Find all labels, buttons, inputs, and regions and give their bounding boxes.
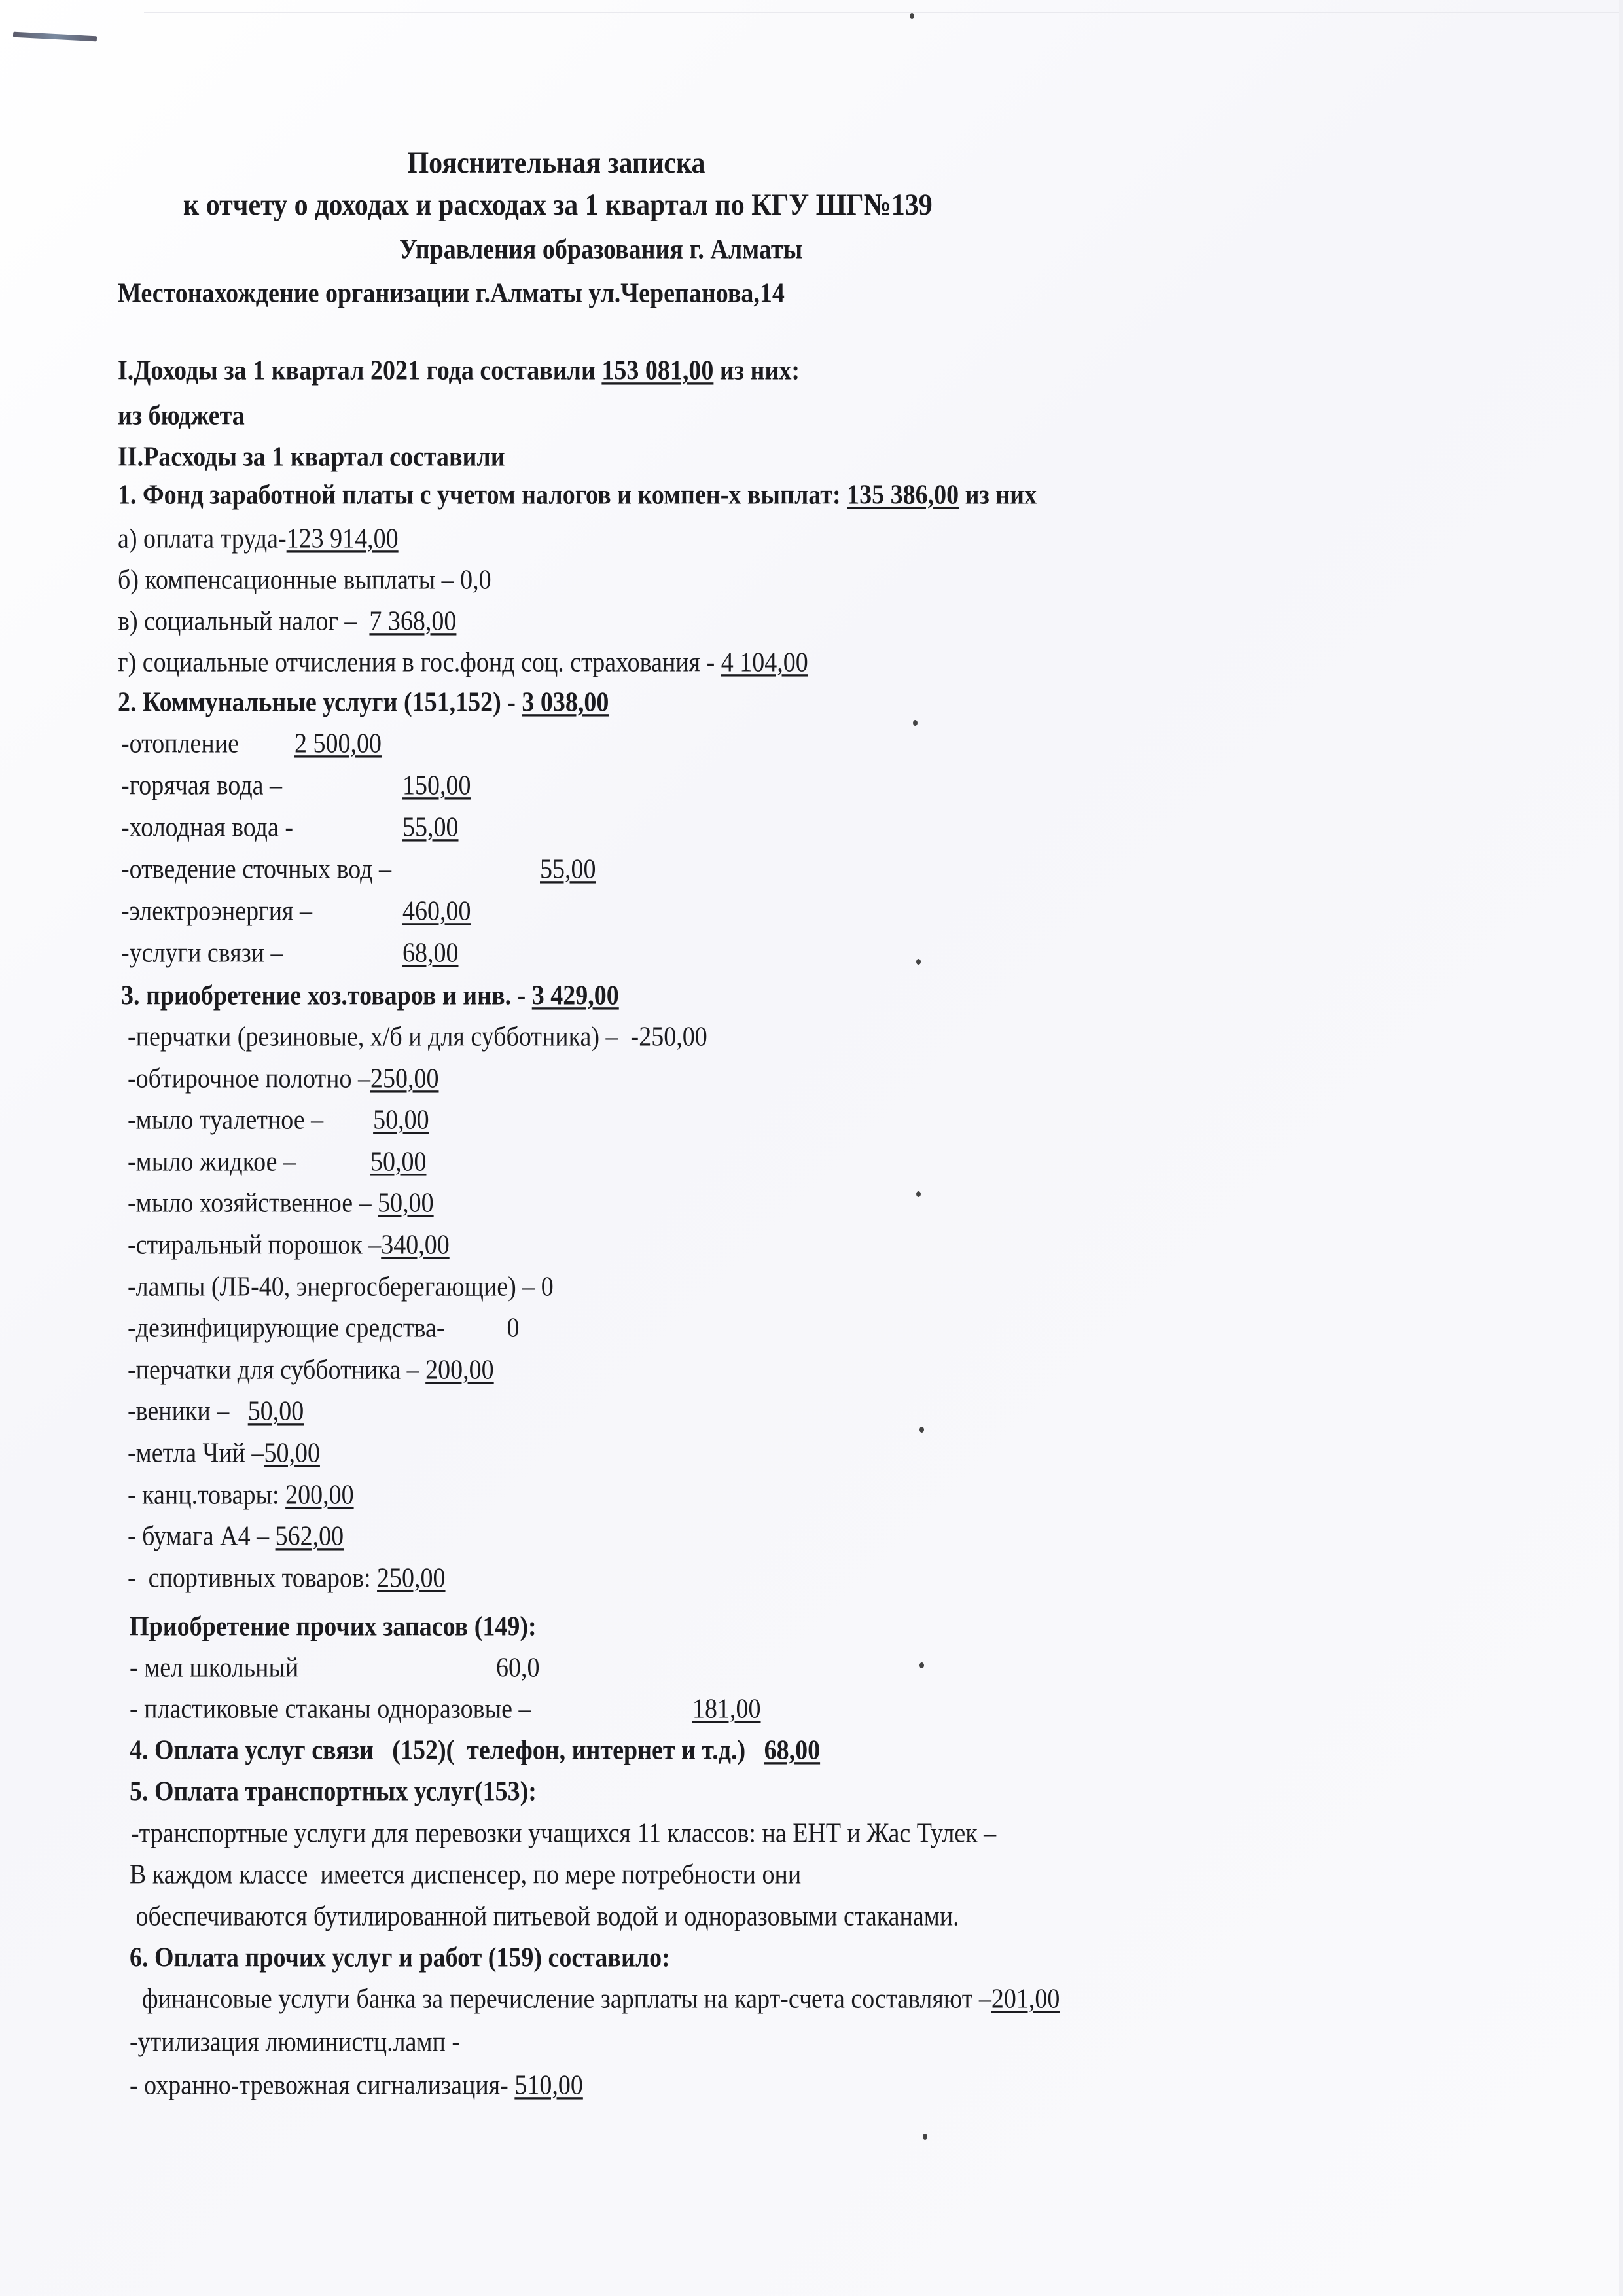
item-label: -мыло туалетное – [128, 1105, 373, 1136]
list-item: -обтирочное полотно –250,00 [128, 1065, 438, 1093]
item-amount: 200,00 [285, 1479, 354, 1510]
item-label: - охранно-тревожная сигнализация- [130, 2070, 514, 2101]
item-label: б) компенсационные выплаты – [118, 565, 460, 596]
transport-line-3: обеспечиваются бутилированной питьевой в… [130, 1903, 959, 1931]
item-label: -лампы (ЛБ-40, энергосберегающие) – [128, 1271, 541, 1302]
item-amount: 150,00 [402, 772, 471, 800]
list-item: -холодная вода -55,00 [121, 814, 293, 842]
item-label: -перчатки для субботника – [128, 1355, 425, 1386]
item-amount: -250,00 [631, 1022, 707, 1052]
payroll-line: 1. Фонд заработной платы с учетом налого… [118, 481, 1037, 509]
item-label: -мыло хозяйственное – [128, 1188, 378, 1219]
communications-line: 4. Оплата услуг связи (152)( телефон, ин… [130, 1736, 820, 1765]
item-amount: 0 [541, 1271, 554, 1302]
item-label: - канц.товары: [128, 1479, 285, 1510]
item-amount: 7 368,00 [369, 606, 456, 637]
list-item: а) оплата труда-123 914,00 [118, 525, 399, 553]
document-title: Пояснительная записка [0, 148, 1113, 179]
list-item: -утилизация люминистц.ламп - [130, 2028, 460, 2056]
item-label: в) социальный налог – [118, 606, 369, 637]
item-label: -холодная вода - [121, 812, 293, 843]
transport-line-2: В каждом классе имеется диспенсер, по ме… [130, 1861, 801, 1889]
list-item: -метла Чий –50,00 [128, 1439, 320, 1467]
item-label: - пластиковые стаканы одноразовые – [130, 1694, 531, 1725]
scan-speck [916, 959, 921, 965]
list-item: -мыло туалетное – 50,00 [128, 1106, 429, 1134]
item-label: - бумага А4 – [128, 1521, 276, 1552]
item-amount: 562,00 [276, 1521, 344, 1552]
scan-speck [923, 2134, 927, 2140]
item-label: -горячая вода – [121, 770, 282, 801]
scan-speck [916, 1191, 921, 1197]
item-amount: 50,00 [378, 1188, 434, 1219]
item-amount: 123 914,00 [287, 524, 399, 554]
other-stock-heading: Приобретение прочих запасов (149): [130, 1613, 537, 1641]
utilities-amount: 3 038,00 [522, 687, 609, 718]
item-label: -метла Чий – [128, 1438, 264, 1469]
location: Местонахождение организации г.Алматы ул.… [118, 279, 785, 308]
item-amount: 2 500,00 [294, 730, 382, 758]
item-amount: 50,00 [248, 1396, 304, 1427]
item-amount: 510,00 [514, 2070, 583, 2101]
item-label: г) социальные отчисления в гос.фонд соц.… [118, 647, 721, 678]
list-item: г) социальные отчисления в гос.фонд соц.… [118, 649, 808, 677]
item-amount: 55,00 [540, 855, 596, 884]
item-amount: 340,00 [381, 1230, 450, 1261]
utilities-line: 2. Коммунальные услуги (151,152) - 3 038… [118, 689, 609, 717]
item-label: -электроэнергия – [121, 896, 312, 927]
item-label: -утилизация люминистц.ламп - [130, 2027, 460, 2058]
list-item: в) социальный налог – 7 368,00 [118, 607, 456, 636]
income-line: I.Доходы за 1 квартал 2021 года составил… [118, 357, 800, 385]
item-label: -мыло жидкое – [128, 1147, 370, 1177]
list-item: -отопление2 500,00 [121, 730, 239, 758]
item-amount: 50,00 [264, 1438, 320, 1469]
item-amount: 200,00 [425, 1355, 494, 1386]
item-amount: 50,00 [370, 1147, 427, 1177]
list-item: -мыло хозяйственное – 50,00 [128, 1189, 434, 1217]
list-item: - бумага А4 – 562,00 [128, 1522, 344, 1551]
list-item: -электроэнергия –460,00 [121, 897, 312, 925]
supplies-line: 3. приобретение хоз.товаров и инв. - 3 4… [121, 982, 619, 1010]
transport-line-1: -транспортные услуги для перевозки учащи… [131, 1820, 996, 1848]
expenses-heading: II.Расходы за 1 квартал составили [118, 443, 505, 471]
item-label: -веники – [128, 1396, 248, 1427]
list-item: финансовые услуги банка за перечисление … [130, 1985, 1060, 2013]
list-item: -веники – 50,00 [128, 1397, 304, 1426]
other-services-heading: 6. Оплата прочих услуг и работ (159) сос… [130, 1944, 670, 1972]
list-item: -отведение сточных вод –55,00 [121, 855, 391, 884]
list-item: -перчатки для субботника – 200,00 [128, 1356, 494, 1384]
item-label: - мел школьный [130, 1653, 298, 1683]
list-item: - охранно-тревожная сигнализация- 510,00 [130, 2072, 583, 2100]
list-item: - спортивных товаров: 250,00 [128, 1564, 446, 1592]
item-amount: 201,00 [991, 1984, 1060, 2015]
list-item: б) компенсационные выплаты – 0,0 [118, 566, 491, 594]
list-item: -дезинфицирующие средства- 0 [128, 1314, 519, 1342]
item-amount: 250,00 [370, 1063, 439, 1094]
list-item: -мыло жидкое – 50,00 [128, 1148, 426, 1176]
item-amount: 250,00 [377, 1563, 446, 1594]
supplies-amount: 3 429,00 [532, 980, 619, 1011]
item-label: -перчатки (резиновые, х/б и для субботни… [128, 1022, 631, 1052]
list-item: - мел школьный60,0 [130, 1654, 298, 1682]
scan-edge-right [1619, 0, 1623, 2296]
list-item: - канц.товары: 200,00 [128, 1481, 354, 1509]
item-label: -отведение сточных вод – [121, 854, 391, 885]
item-label: -стиральный порошок – [128, 1230, 381, 1261]
scan-speck [919, 1662, 924, 1668]
scan-speck [913, 720, 918, 726]
item-label: финансовые услуги банка за перечисление … [130, 1984, 991, 2015]
scan-speck [919, 1427, 924, 1433]
income-amount: 153 081,00 [601, 355, 713, 386]
department: Управления образования г. Алматы [399, 236, 802, 264]
item-amount: 181,00 [692, 1695, 761, 1723]
list-item: -лампы (ЛБ-40, энергосберегающие) – 0 [128, 1273, 554, 1301]
list-item: -услуги связи –68,00 [121, 939, 283, 967]
item-amount: 0 [507, 1313, 519, 1344]
item-amount: 460,00 [402, 897, 471, 925]
item-amount: 50,00 [373, 1105, 429, 1136]
item-amount: 55,00 [402, 814, 459, 842]
item-label: -обтирочное полотно – [128, 1063, 370, 1094]
item-amount: 0,0 [460, 565, 491, 596]
income-source: из бюджета [118, 402, 245, 430]
item-amount: 4 104,00 [721, 647, 808, 678]
list-item: -горячая вода –150,00 [121, 772, 282, 800]
item-label: -отопление [121, 728, 239, 759]
item-amount: 68,00 [402, 939, 459, 967]
transport-heading: 5. Оплата транспортных услуг(153): [130, 1778, 537, 1806]
item-label: - спортивных товаров: [128, 1563, 377, 1594]
payroll-amount: 135 386,00 [847, 480, 959, 511]
item-label: -услуги связи – [121, 938, 283, 969]
list-item: -перчатки (резиновые, х/б и для субботни… [128, 1023, 707, 1051]
document-subtitle: к отчету о доходах и расходах за 1 кварт… [183, 190, 933, 221]
scan-speck [910, 13, 914, 19]
item-label: -дезинфицирующие средства- [128, 1313, 507, 1344]
item-label: а) оплата труда- [118, 524, 287, 554]
list-item: - пластиковые стаканы одноразовые –181,0… [130, 1695, 531, 1723]
item-amount: 60,0 [496, 1654, 540, 1682]
list-item: -стиральный порошок –340,00 [128, 1231, 450, 1259]
communications-amount: 68,00 [764, 1735, 821, 1766]
scan-edge [144, 12, 1623, 13]
